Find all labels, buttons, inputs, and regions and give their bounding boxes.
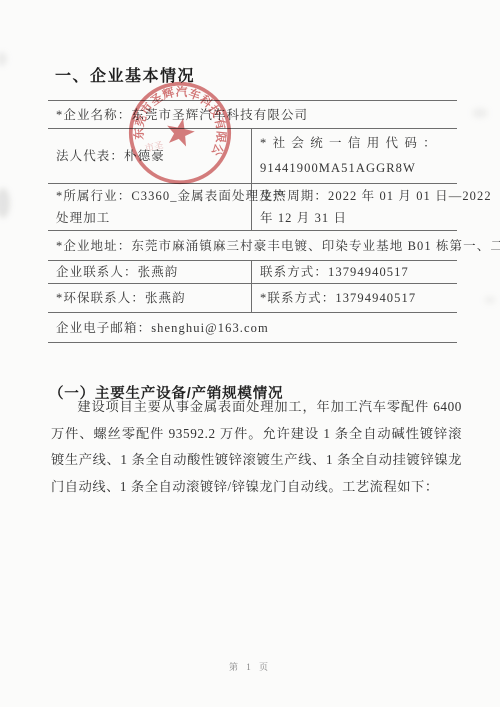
cell-contact-phone: 联系方式：13794940517 — [252, 261, 457, 283]
cell-legal-rep: 法人代表：朴德豪 — [48, 129, 252, 183]
scan-smudge — [484, 296, 496, 304]
cell-text: 法人代表：朴德豪 — [56, 145, 245, 167]
credit-code-value: 91441900MA51AGGR8W — [260, 156, 451, 181]
table-row-env-contact: *环保联系人：张燕韵 *联系方式：13794940517 — [48, 284, 457, 313]
cell-env-contact-person: *环保联系人：张燕韵 — [48, 284, 252, 312]
cell-credit-code: * 社 会 统 一 信 用 代 码 ： 91441900MA51AGGR8W — [252, 129, 457, 183]
cell-env-contact-phone: *联系方式：13794940517 — [252, 284, 457, 312]
scan-smudge — [472, 108, 488, 118]
table-row-email: 企业电子邮箱：shenghui@163.com — [48, 313, 457, 343]
cell-text: *所属行业：C3360_金属表面处理及热 — [56, 185, 245, 207]
cell-address: *企业地址：东莞市麻涌镇麻三村豪丰电镀、印染专业基地 B01 栋第一、二层 — [48, 231, 500, 260]
cell-text: 生产周期：2022 年 01 月 01 日—2022 — [260, 185, 492, 207]
cell-text: 企业电子邮箱：shenghui@163.com — [56, 317, 451, 339]
cell-text: 处理加工 — [56, 207, 245, 229]
cell-company-name: *企业名称：东莞市圣辉汽车科技有限公司 — [48, 101, 457, 128]
cell-text: *联系方式：13794940517 — [260, 287, 451, 309]
cell-text: 企业联系人：张燕韵 — [56, 261, 245, 283]
credit-code-label: * 社 会 统 一 信 用 代 码 ： — [260, 131, 451, 156]
table-row-address: *企业地址：东莞市麻涌镇麻三村豪丰电镀、印染专业基地 B01 栋第一、二层 — [48, 231, 457, 261]
cell-text: *企业名称：东莞市圣辉汽车科技有限公司 — [56, 104, 451, 126]
scan-smudge — [0, 52, 7, 66]
cell-production-period: 生产周期：2022 年 01 月 01 日—2022 年 12 月 31 日 — [252, 184, 498, 230]
table-row-industry: *所属行业：C3360_金属表面处理及热 处理加工 生产周期：2022 年 01… — [48, 184, 457, 231]
enterprise-info-table: *企业名称：东莞市圣辉汽车科技有限公司 法人代表：朴德豪 * 社 会 统 一 信… — [48, 100, 457, 343]
cell-text: *企业地址：东莞市麻涌镇麻三村豪丰电镀、印染专业基地 B01 栋第一、二层 — [56, 235, 500, 257]
cell-text: 年 12 月 31 日 — [260, 207, 492, 229]
page-title: 一、企业基本情况 — [55, 63, 195, 86]
scan-smudge — [0, 188, 10, 218]
cell-contact-person: 企业联系人：张燕韵 — [48, 261, 252, 283]
cell-text: 联系方式：13794940517 — [260, 261, 451, 283]
section-paragraph: 建设项目主要从事金属表面处理加工，年加工汽车零配件 6400 万件、螺丝零配件 … — [51, 394, 462, 500]
cell-industry: *所属行业：C3360_金属表面处理及热 处理加工 — [48, 184, 252, 230]
table-row-legal-rep: 法人代表：朴德豪 * 社 会 统 一 信 用 代 码 ： 91441900MA5… — [48, 129, 457, 184]
cell-email: 企业电子邮箱：shenghui@163.com — [48, 313, 457, 342]
table-row-contact: 企业联系人：张燕韵 联系方式：13794940517 — [48, 261, 457, 284]
page-number: 第 1 页 — [0, 660, 500, 673]
cell-text: *环保联系人：张燕韵 — [56, 287, 245, 309]
table-row-company-name: *企业名称：东莞市圣辉汽车科技有限公司 — [48, 101, 457, 129]
